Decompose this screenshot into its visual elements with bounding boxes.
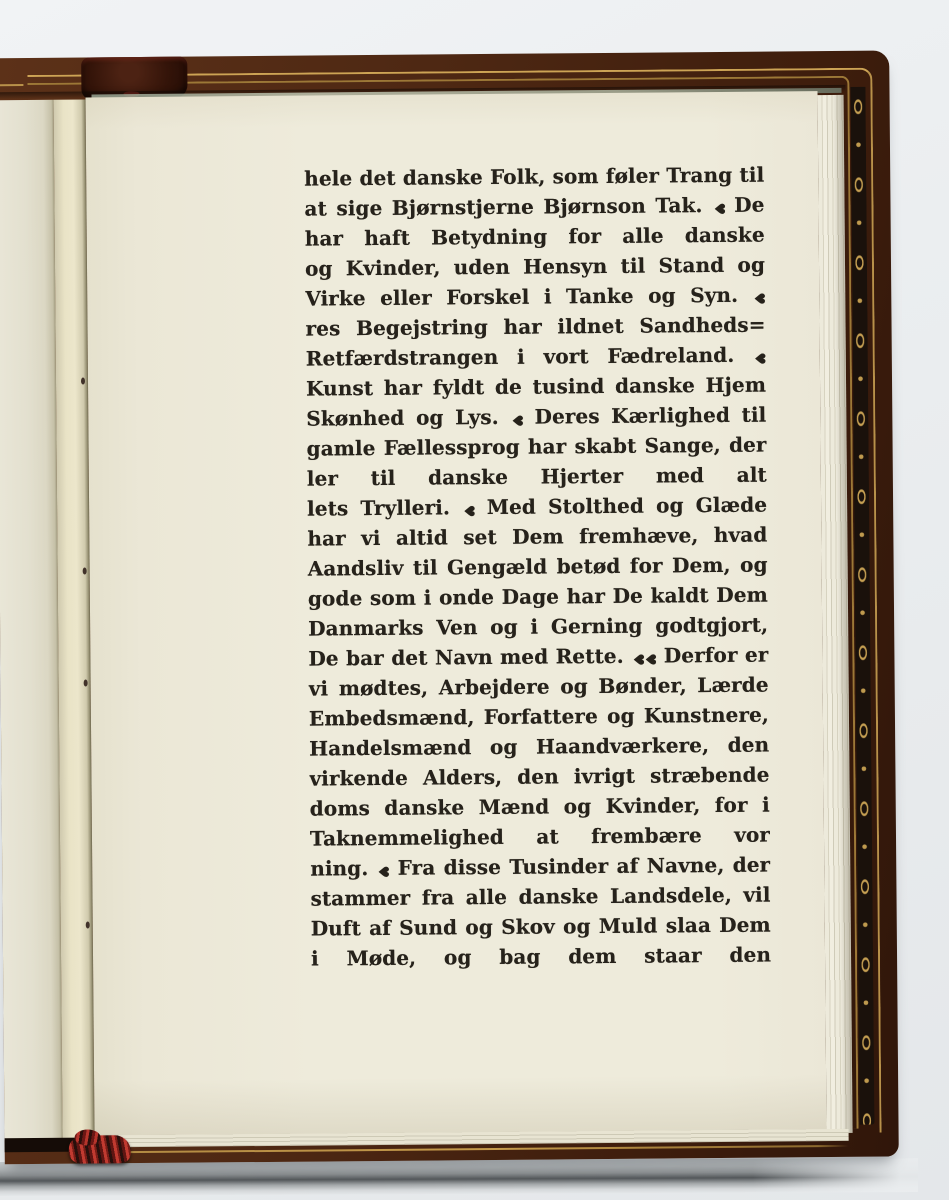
book: hele det danske Folk, som føler Trang ti… (0, 50, 899, 1164)
gold-tooling-left-segment (0, 84, 23, 86)
text-line: virkende Alders, den ivrigt stræbende Un… (309, 760, 769, 794)
left-page (0, 100, 63, 1140)
sewing-stitch (81, 378, 85, 385)
text-line: Retfærdstrangen i vort Fædreland. ♥ Dere… (306, 340, 766, 374)
sewing-stitch (83, 568, 87, 575)
text-line: De bar det Navn med Rette. ♥♥ Derfor er (308, 640, 768, 674)
aldus-leaf-ornament: ♥ (510, 414, 524, 427)
text-line: Danmarks Ven og i Gerning godtgjort, at (308, 610, 768, 644)
text-line: vi mødtes, Arbejdere og Bønder, Lærde og (309, 670, 769, 704)
aldus-leaf-ornament: ♥ (752, 352, 765, 365)
text-line: og Kvinder, uden Hensyn til Stand og (305, 250, 765, 284)
text-line: res Begejstring har ildnet Sandheds= og (305, 310, 765, 344)
text-line: gamle Fællessprog har skabt Sange, der t… (306, 430, 766, 464)
text-line: Duft af Sund og Skov og Muld slaa Dem (311, 910, 771, 944)
sewing-stitch (84, 679, 88, 686)
text-line: har haft Betydning for alle danske Mænd (305, 220, 765, 254)
text-line: Embedsmænd, Forfattere og Kunstnere, (309, 700, 769, 734)
text-line: Handelsmænd og Haandværkere, den modent (309, 730, 769, 764)
aldus-leaf-ornament: ♥ (752, 292, 765, 305)
text-line: hele det danske Folk, som føler Trang ti… (304, 160, 764, 194)
gold-ornament-band (850, 87, 874, 1125)
text-line: stammer fra alle danske Landsdele, vil e… (310, 880, 770, 914)
red-endband (69, 1135, 131, 1164)
text-line: i Møde, og bag dem staar den uoverskueli… (311, 940, 771, 974)
page-text: hele det danske Folk, som føler Trang ti… (304, 160, 771, 974)
sewing-stitch (86, 921, 90, 928)
text-line: ler til danske Hjerter med alt Modersmaa… (307, 460, 767, 494)
aldus-leaf-ornament: ♥ (711, 203, 725, 216)
table-reflection (0, 1158, 918, 1196)
right-page: hele det danske Folk, som føler Trang ti… (86, 91, 827, 1143)
text-line: har vi altid set Dem fremhæve, hvad dans… (307, 520, 767, 554)
text-line: lets Trylleri. ♥ Med Stolthed og Glæde (307, 490, 767, 524)
text-line: Kunst har fyldt de tusind danske Hjem me… (306, 370, 766, 404)
aldus-leaf-ornament: ♥ (643, 653, 657, 666)
text-line: Taknemmelighed at frembære vor Lykønsk= (310, 820, 770, 854)
text-line: Aandsliv til Gengæld betød for Dem, og i (308, 550, 768, 584)
text-line: ning. ♥ Fra disse Tusinder af Navne, der (310, 850, 770, 884)
photo-background: hele det danske Folk, som føler Trang ti… (0, 0, 949, 1200)
text-line: doms danske Mænd og Kvinder, for i dyb (310, 790, 770, 824)
text-line: Virke eller Forskel i Tanke og Syn. ♥ De… (305, 280, 765, 314)
text-line: gode som i onde Dage har De kaldt Dem (308, 580, 768, 614)
aldus-leaf-ornament: ♥ (461, 505, 475, 518)
text-line: at sige Bjørnstjerne Bjørnson Tak. ♥ De (304, 190, 764, 224)
aldus-leaf-ornament: ♥ (376, 866, 390, 879)
text-line: Skønhed og Lys. ♥ Deres Kærlighed til vo… (306, 400, 766, 434)
